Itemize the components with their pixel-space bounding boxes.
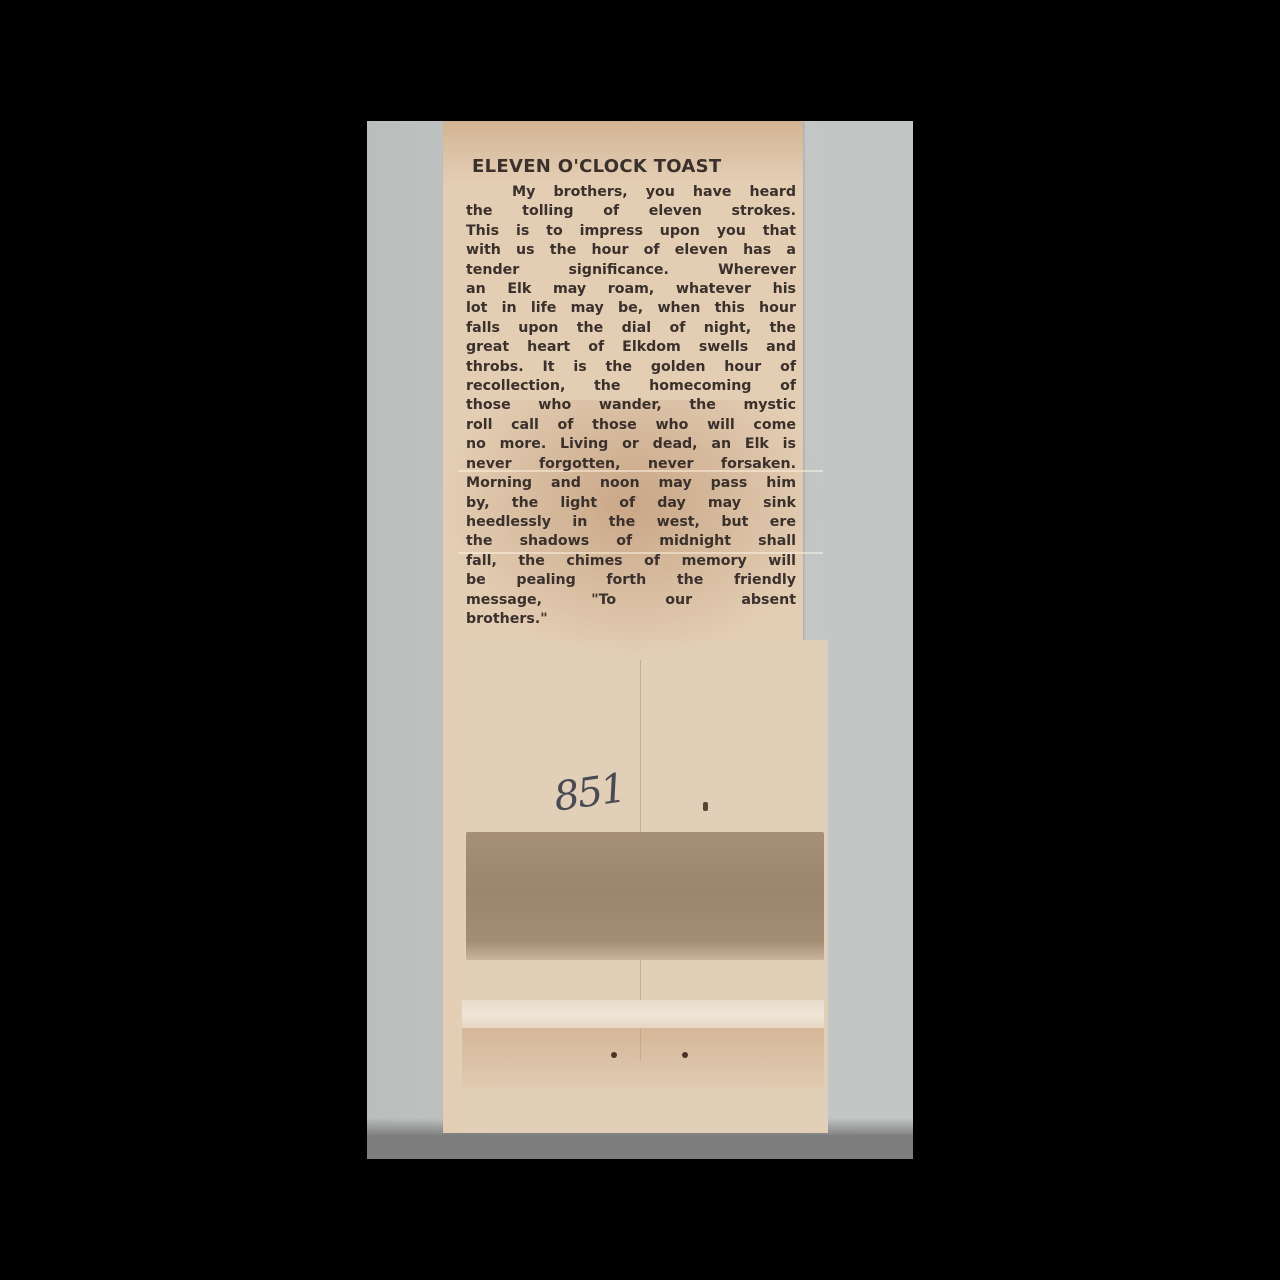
striker-strip [466, 832, 824, 960]
toast-line: no more. Living or dead, an Elk is [466, 435, 796, 454]
toast-line: fall, the chimes of memory will [466, 552, 796, 571]
toast-body: My brothers, you have heard the tolling … [466, 183, 796, 629]
staple-hole [682, 1052, 688, 1058]
toast-line: roll call of those who will come [466, 416, 796, 435]
toast-line: great heart of Elkdom swells and [466, 338, 796, 357]
toast-line: never forgotten, never forsaken. [466, 455, 796, 474]
toast-line: heedlessly in the west, but ere [466, 513, 796, 532]
toast-line: brothers." [466, 610, 796, 629]
toast-line: throbs. It is the golden hour of [466, 358, 796, 377]
toast-line: falls upon the dial of night, the [466, 319, 796, 338]
toast-line: with us the hour of eleven has a [466, 241, 796, 260]
lower-band [462, 1028, 824, 1088]
speck [703, 802, 708, 811]
toast-line: message, "To our absent [466, 591, 796, 610]
toast-line: the tolling of eleven strokes. [466, 202, 796, 221]
toast-line: My brothers, you have heard [466, 183, 796, 202]
toast-line: those who wander, the mystic [466, 396, 796, 415]
toast-line: an Elk may roam, whatever his [466, 280, 796, 299]
toast-line: Morning and noon may pass him [466, 474, 796, 493]
scanner-bottom-band [367, 1135, 913, 1159]
toast-text-block: ELEVEN O'CLOCK TOAST My brothers, you ha… [466, 156, 796, 629]
toast-line: be pealing forth the friendly [466, 571, 796, 590]
toast-title: ELEVEN O'CLOCK TOAST [472, 156, 796, 177]
toast-line: tender significance. Wherever [466, 261, 796, 280]
toast-line: recollection, the homecoming of [466, 377, 796, 396]
staple-hole [611, 1052, 617, 1058]
toast-line: lot in life may be, when this hour [466, 299, 796, 318]
staple-band [462, 1000, 824, 1028]
toast-line: the shadows of midnight shall [466, 532, 796, 551]
toast-line: This is to impress upon you that [466, 222, 796, 241]
toast-line: by, the light of day may sink [466, 494, 796, 513]
handwritten-number: 851 [551, 765, 627, 820]
